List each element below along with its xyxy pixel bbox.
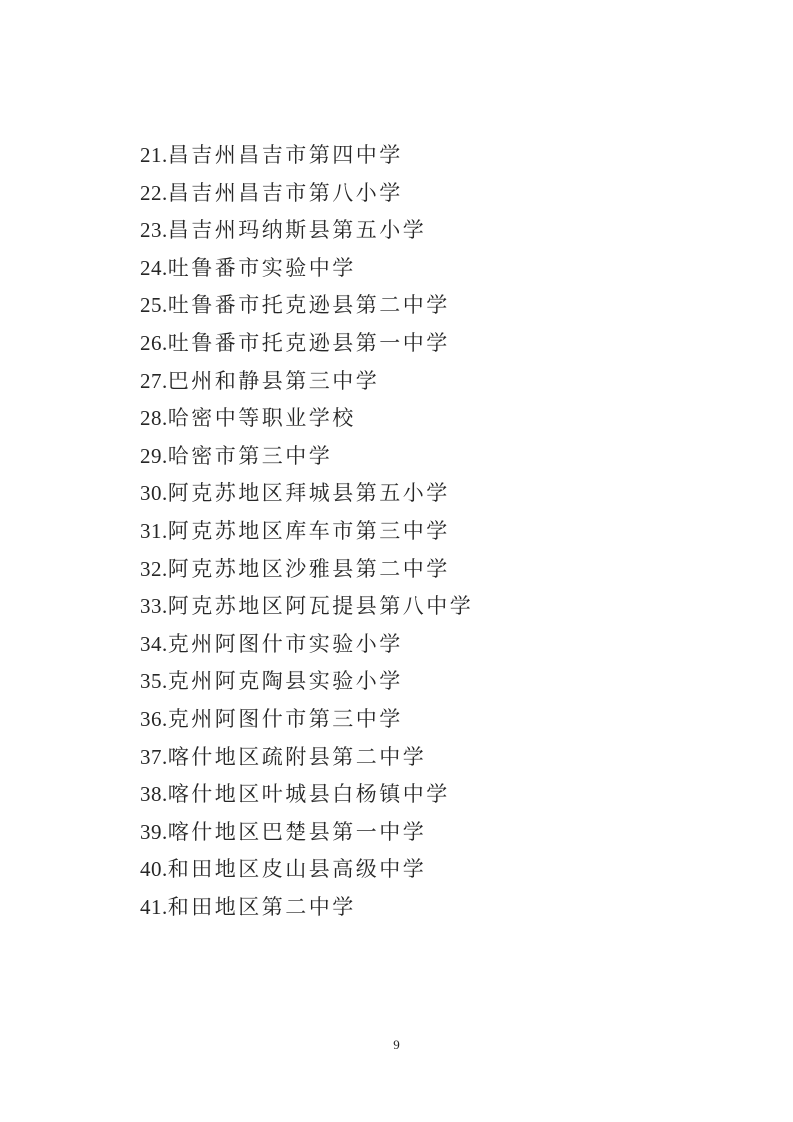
item-number: 25. [140,293,168,317]
item-number: 22. [140,181,168,205]
document-page: 21.昌吉州昌吉市第四中学 22.昌吉州昌吉市第八小学 23.昌吉州玛纳斯县第五… [0,0,793,1122]
list-item: 28.哈密中等职业学校 [140,400,680,438]
school-name: 吐鲁番市托克逊县第一中学 [168,331,450,355]
school-name: 克州阿克陶县实验小学 [168,669,403,693]
school-name: 和田地区第二中学 [168,895,356,919]
list-item: 33.阿克苏地区阿瓦提县第八中学 [140,588,680,626]
list-item: 25.吐鲁番市托克逊县第二中学 [140,287,680,325]
list-item: 34.克州阿图什市实验小学 [140,626,680,664]
item-number: 32. [140,557,168,581]
list-item: 30.阿克苏地区拜城县第五小学 [140,475,680,513]
item-number: 29. [140,444,168,468]
school-name: 克州阿图什市实验小学 [168,632,403,656]
item-number: 39. [140,820,168,844]
list-item: 27.巴州和静县第三中学 [140,363,680,401]
school-name: 巴州和静县第三中学 [168,369,380,393]
list-item: 21.昌吉州昌吉市第四中学 [140,137,680,175]
item-number: 30. [140,481,168,505]
list-item: 40.和田地区皮山县高级中学 [140,851,680,889]
school-name: 喀什地区叶城县白杨镇中学 [168,782,450,806]
school-name: 和田地区皮山县高级中学 [168,857,427,881]
item-number: 31. [140,519,168,543]
list-item: 22.昌吉州昌吉市第八小学 [140,175,680,213]
item-number: 35. [140,669,168,693]
item-number: 26. [140,331,168,355]
item-number: 21. [140,143,168,167]
school-name: 吐鲁番市托克逊县第二中学 [168,293,450,317]
list-item: 31.阿克苏地区库车市第三中学 [140,513,680,551]
school-name: 吐鲁番市实验中学 [168,256,356,280]
school-name: 昌吉州玛纳斯县第五小学 [168,218,427,242]
list-item: 37.喀什地区疏附县第二中学 [140,739,680,777]
item-number: 37. [140,745,168,769]
item-number: 34. [140,632,168,656]
school-list: 21.昌吉州昌吉市第四中学 22.昌吉州昌吉市第八小学 23.昌吉州玛纳斯县第五… [140,137,680,926]
list-item: 23.昌吉州玛纳斯县第五小学 [140,212,680,250]
item-number: 38. [140,782,168,806]
school-name: 昌吉州昌吉市第四中学 [168,143,403,167]
school-name: 阿克苏地区库车市第三中学 [168,519,450,543]
list-item: 32.阿克苏地区沙雅县第二中学 [140,551,680,589]
school-name: 喀什地区巴楚县第一中学 [168,820,427,844]
school-name: 阿克苏地区阿瓦提县第八中学 [168,594,474,618]
list-item: 24.吐鲁番市实验中学 [140,250,680,288]
list-item: 36.克州阿图什市第三中学 [140,701,680,739]
item-number: 23. [140,218,168,242]
item-number: 27. [140,369,168,393]
list-item: 41.和田地区第二中学 [140,889,680,927]
item-number: 28. [140,406,168,430]
list-item: 26.吐鲁番市托克逊县第一中学 [140,325,680,363]
item-number: 24. [140,256,168,280]
item-number: 41. [140,895,168,919]
school-name: 阿克苏地区拜城县第五小学 [168,481,450,505]
school-name: 克州阿图什市第三中学 [168,707,403,731]
school-name: 阿克苏地区沙雅县第二中学 [168,557,450,581]
school-name: 喀什地区疏附县第二中学 [168,745,427,769]
list-item: 38.喀什地区叶城县白杨镇中学 [140,776,680,814]
list-item: 35.克州阿克陶县实验小学 [140,663,680,701]
school-name: 哈密市第三中学 [168,444,333,468]
item-number: 40. [140,857,168,881]
list-item: 29.哈密市第三中学 [140,438,680,476]
item-number: 36. [140,707,168,731]
school-name: 哈密中等职业学校 [168,406,356,430]
list-item: 39.喀什地区巴楚县第一中学 [140,814,680,852]
item-number: 33. [140,594,168,618]
school-name: 昌吉州昌吉市第八小学 [168,181,403,205]
page-number: 9 [0,1036,793,1054]
